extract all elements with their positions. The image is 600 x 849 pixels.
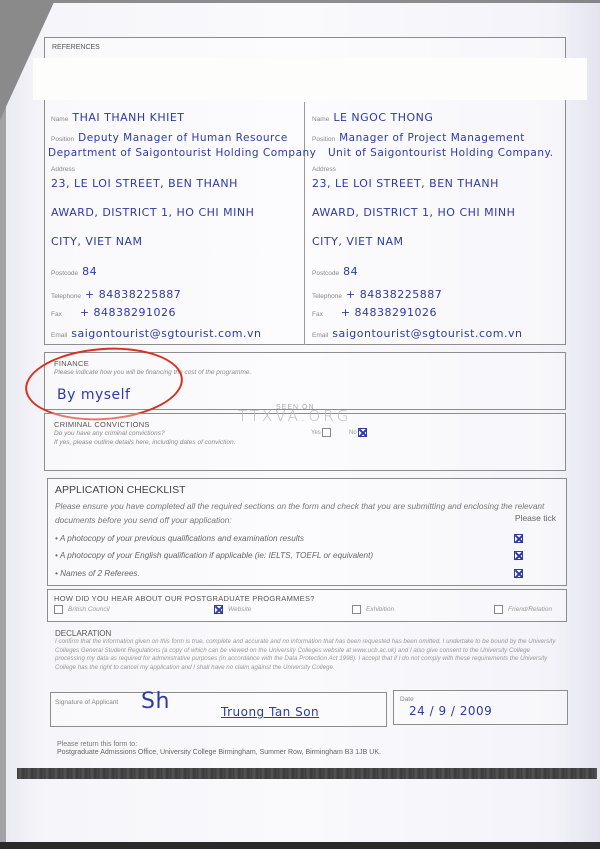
referee-position-line2[interactable]: Department of Saigontourist Holding Comp… bbox=[48, 147, 316, 159]
yes-checkbox[interactable] bbox=[322, 428, 331, 437]
no-label: No bbox=[349, 430, 357, 436]
watermark: TTXVA.ORG bbox=[238, 407, 351, 425]
criminal-yes-option[interactable]: Yes bbox=[311, 428, 331, 437]
checklist-checkbox-checked[interactable] bbox=[514, 569, 523, 578]
date-label: Date bbox=[400, 696, 414, 703]
telephone-label: Telephone bbox=[312, 293, 342, 300]
signature-field[interactable]: Signature of Applicant Sh Truong Tan Son bbox=[50, 692, 387, 727]
fax-label: Fax bbox=[51, 311, 62, 318]
telephone-label: Telephone bbox=[51, 293, 81, 300]
checklist-item: • A photocopy of your previous qualifica… bbox=[55, 534, 304, 543]
referee-name[interactable]: LE NGOC THONG bbox=[333, 111, 433, 124]
referee-telephone[interactable]: + 84838225887 bbox=[346, 288, 442, 301]
hear-option-british-council[interactable]: British Council bbox=[54, 605, 110, 614]
yes-label: Yes bbox=[311, 430, 321, 436]
position-label: Position bbox=[51, 136, 74, 143]
referee-postcode[interactable]: 84 bbox=[343, 265, 358, 278]
address-label: Address bbox=[51, 166, 75, 173]
referee-address-line3[interactable]: CITY, VIET NAM bbox=[312, 235, 404, 248]
option-label: Exhibition bbox=[366, 606, 394, 613]
return-address: Postgraduate Admissions Office, Universi… bbox=[57, 749, 381, 756]
option-label: British Council bbox=[68, 606, 110, 613]
scan-edge-top bbox=[0, 0, 600, 3]
application-checklist-section: APPLICATION CHECKLIST Please ensure you … bbox=[47, 478, 567, 586]
referee-name[interactable]: THAI THANH KHIET bbox=[72, 111, 184, 124]
please-tick-label: Please tick bbox=[515, 513, 556, 523]
option-label: Website bbox=[228, 606, 251, 613]
criminal-followup: If yes, please outline details here, inc… bbox=[54, 439, 235, 446]
checklist-item: • Names of 2 Referees. bbox=[55, 569, 140, 578]
address-label: Address bbox=[312, 166, 336, 173]
return-instructions: Please return this form to: bbox=[57, 741, 137, 748]
checkbox-checked[interactable] bbox=[214, 605, 223, 614]
checklist-checkbox-checked[interactable] bbox=[514, 534, 523, 543]
referee-address-line1[interactable]: 23, LE LOI STREET, BEN THANH bbox=[312, 177, 499, 190]
checklist-item: • A photocopy of your English qualificat… bbox=[55, 551, 373, 560]
redaction-block bbox=[33, 58, 587, 100]
referee-1: NameTHAI THANH KHIET PositionDeputy Mana… bbox=[45, 102, 305, 345]
referee-fax[interactable]: + 84838291026 bbox=[80, 306, 176, 319]
signature-scrawl: Sh bbox=[141, 689, 170, 714]
name-label: Name bbox=[312, 116, 329, 123]
criminal-title: CRIMINAL CONVICTIONS bbox=[54, 420, 150, 429]
position-label: Position bbox=[312, 136, 335, 143]
email-label: Email bbox=[51, 332, 67, 339]
checklist-intro: Please ensure you have completed all the… bbox=[55, 499, 560, 527]
postcode-label: Postcode bbox=[51, 270, 78, 277]
checkbox[interactable] bbox=[352, 605, 361, 614]
checkbox[interactable] bbox=[54, 605, 63, 614]
scan-edge-bottom bbox=[0, 842, 600, 849]
criminal-no-option[interactable]: No bbox=[349, 428, 367, 437]
referee-email[interactable]: saigontourist@sgtourist.com.vn bbox=[332, 327, 522, 340]
checklist-checkbox-checked[interactable] bbox=[514, 551, 523, 560]
declaration-title: DECLARATION bbox=[55, 629, 111, 638]
referee-telephone[interactable]: + 84838225887 bbox=[85, 288, 181, 301]
hear-option-friend-relation[interactable]: Friend/Relation bbox=[494, 605, 552, 614]
referee-address-line1[interactable]: 23, LE LOI STREET, BEN THANH bbox=[51, 177, 238, 190]
option-label: Friend/Relation bbox=[508, 606, 552, 613]
signature-name: Truong Tan Son bbox=[221, 705, 319, 719]
footer-bar bbox=[17, 768, 597, 779]
hear-option-exhibition[interactable]: Exhibition bbox=[352, 605, 394, 614]
hear-title: HOW DID YOU HEAR ABOUT OUR POSTGRADUATE … bbox=[54, 594, 315, 603]
postcode-label: Postcode bbox=[312, 270, 339, 277]
declaration-text: I confirm that the information given on … bbox=[55, 638, 560, 672]
date-field[interactable]: Date 24 / 9 / 2009 bbox=[393, 690, 568, 725]
checkbox[interactable] bbox=[494, 605, 503, 614]
references-title: REFERENCES bbox=[52, 44, 100, 51]
referee-email[interactable]: saigontourist@sgtourist.com.vn bbox=[71, 327, 261, 340]
scan-edge-left bbox=[0, 0, 6, 849]
referee-address-line3[interactable]: CITY, VIET NAM bbox=[51, 235, 143, 248]
referee-address-line2[interactable]: AWARD, DISTRICT 1, HO CHI MINH bbox=[51, 206, 254, 219]
signature-label: Signature of Applicant bbox=[55, 699, 118, 706]
referee-address-line2[interactable]: AWARD, DISTRICT 1, HO CHI MINH bbox=[312, 206, 515, 219]
fax-label: Fax bbox=[312, 311, 323, 318]
email-label: Email bbox=[312, 332, 328, 339]
referee-fax[interactable]: + 84838291026 bbox=[341, 306, 437, 319]
how-did-you-hear-section: HOW DID YOU HEAR ABOUT OUR POSTGRADUATE … bbox=[47, 589, 567, 622]
checklist-title: APPLICATION CHECKLIST bbox=[55, 484, 186, 496]
date-value: 24 / 9 / 2009 bbox=[409, 704, 492, 718]
criminal-question: Do you have any criminal convictions? bbox=[54, 430, 165, 437]
referee-postcode[interactable]: 84 bbox=[82, 265, 97, 278]
no-checkbox-checked[interactable] bbox=[358, 428, 367, 437]
referee-2: NameLE NGOC THONG PositionManager of Pro… bbox=[306, 102, 566, 345]
referee-position-line2[interactable]: Unit of Saigontourist Holding Company. bbox=[328, 147, 554, 159]
name-label: Name bbox=[51, 116, 68, 123]
hear-option-website[interactable]: Website bbox=[214, 605, 251, 614]
